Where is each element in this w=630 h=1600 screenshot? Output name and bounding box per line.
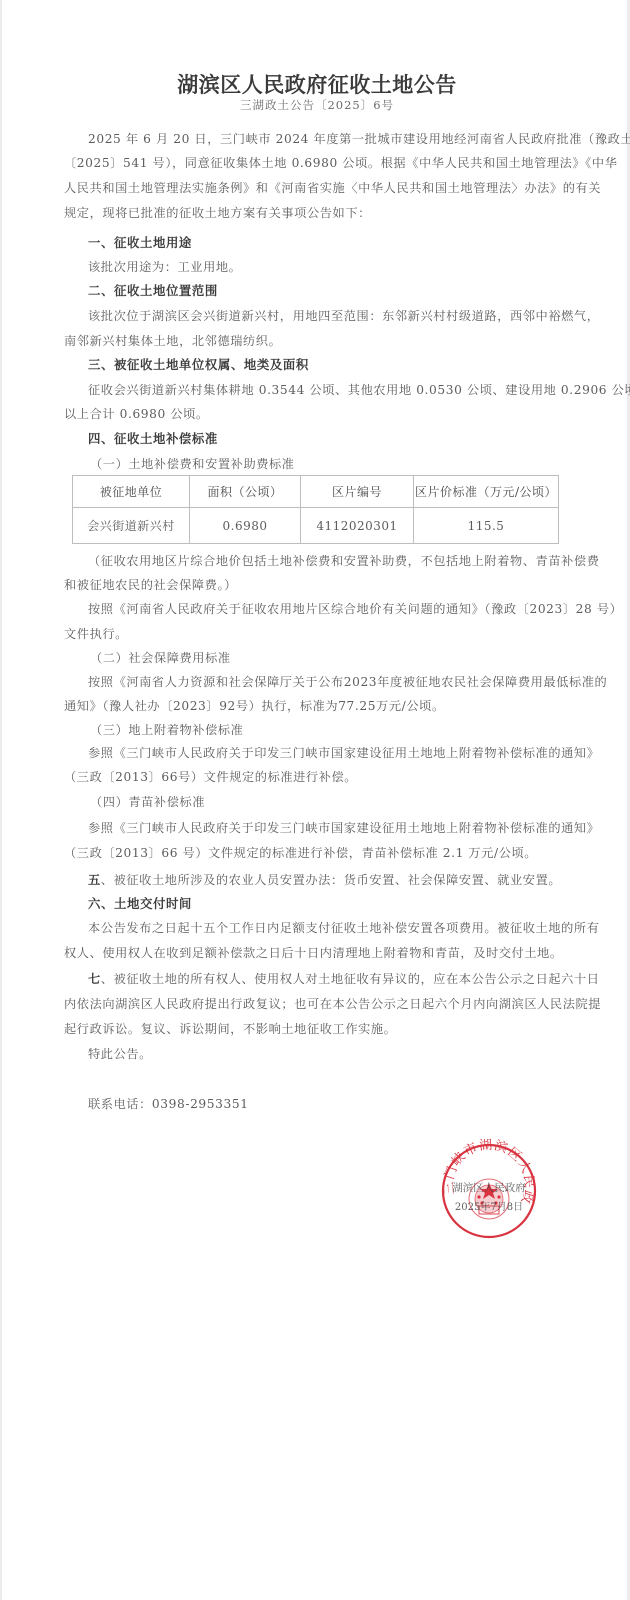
section-body: 以上合计 0.6980 公顷。 — [64, 406, 564, 422]
table-row: 会兴街道新兴村 0.6980 4112020301 115.5 — [73, 508, 559, 544]
section-body: 、被征收土地所涉及的农业人员安置办法：货币安置、社会保障安置、就业安置。 — [101, 873, 561, 887]
closing-text: 特此公告。 — [88, 1046, 588, 1062]
subsection-heading: （三）地上附着物补偿标准 — [90, 722, 590, 738]
basis-text: 按照《河南省人民政府关于征收农用地片区综合地价有关问题的通知》（豫政〔2023〕… — [88, 601, 588, 617]
section-body: 参照《三门峡市人民政府关于印发三门峡市国家建设征用土地地上附着物补偿标准的通知》 — [88, 745, 588, 761]
section-heading-usage: 一、征收土地用途 — [88, 235, 588, 251]
column-header: 区片价标准（万元/公顷） — [414, 476, 559, 508]
subsection-heading: （四）青苗补偿标准 — [90, 794, 590, 810]
section-heading-delivery: 六、土地交付时间 — [88, 896, 588, 912]
section-body: 该批次用途为：工业用地。 — [88, 259, 588, 275]
page-title: 湖滨区人民政府征收土地公告 — [2, 69, 630, 99]
column-header: 被征地单位 — [73, 476, 190, 508]
seal-issuer: 湖滨区人民政府 — [452, 1181, 526, 1194]
section-body: 权人、使用权人在收到足额补偿款之日后十日内清理地上附着物和青苗，及时交付土地。 — [64, 945, 564, 961]
section-body: （三政〔2013〕66号）文件规定的标准进行补偿。 — [64, 769, 564, 785]
table-cell: 115.5 — [414, 508, 559, 544]
section-number: 五 — [88, 873, 101, 887]
intro-line: 〔2025〕541 号），同意征收集体土地 0.6980 公顷。根据《中华人民共… — [64, 155, 564, 171]
section-heading-ownership: 三、被征收土地单位权属、地类及面积 — [88, 357, 588, 373]
column-header: 区片编号 — [301, 476, 414, 508]
section-heading-location: 二、征收土地位置范围 — [88, 283, 588, 299]
table-cell: 4112020301 — [301, 508, 414, 544]
section-body: 南邻新兴村集体土地，北邻德瑞纺织。 — [64, 333, 564, 349]
section-resettlement: 五、被征收土地所涉及的农业人员安置办法：货币安置、社会保障安置、就业安置。 — [88, 872, 588, 888]
contact-phone: 联系电话：0398-2953351 — [88, 1096, 588, 1112]
intro-line: 人民共和国土地管理法实施条例》和《河南省实施〈中华人民共和国土地管理法〉办法》的… — [64, 180, 564, 196]
basis-text: 文件执行。 — [64, 626, 564, 642]
intro-line: 规定，现将已批准的征收土地方案有关事项公告如下： — [64, 205, 564, 221]
official-seal-icon: 三门峡市湖滨区人民政府 湖滨区人民政府 2025年7月8日 — [439, 1139, 539, 1239]
document-number: 三湖政土公告〔2025〕6号 — [2, 97, 630, 113]
table-header-row: 被征地单位 面积（公顷） 区片编号 区片价标准（万元/公顷） — [73, 476, 559, 508]
section-number: 七 — [88, 972, 101, 986]
section-appeal: 七、被征收土地的所有权人、使用权人对土地征收有异议的，应在本公告公示之日起六十日 — [88, 971, 588, 987]
section-heading-compensation: 四、征收土地补偿标准 — [88, 431, 588, 447]
section-body: 通知》（豫人社办〔2023〕92号）执行，标准为77.25万元/公顷。 — [64, 698, 564, 714]
section-body: 本公告发布之日起十五个工作日内足额支付征收土地补偿安置各项费用。被征收土地的所有 — [88, 920, 588, 936]
seal-date: 2025年7月8日 — [455, 1200, 523, 1213]
table-note: （征收农用地区片综合地价包括土地补偿费和安置补助费，不包括地上附着物、青苗补偿费 — [88, 553, 588, 569]
section-body: 按照《河南省人力资源和社会保障厅关于公布2023年度被征地农民社会保障费用最低标… — [88, 674, 588, 690]
column-header: 面积（公顷） — [190, 476, 301, 508]
compensation-table: 被征地单位 面积（公顷） 区片编号 区片价标准（万元/公顷） 会兴街道新兴村 0… — [72, 475, 559, 544]
section-body: 该批次位于湖滨区会兴街道新兴村，用地四至范围：东邻新兴村村级道路，西邻中裕燃气， — [88, 308, 588, 324]
document-page: 湖滨区人民政府征收土地公告 三湖政土公告〔2025〕6号 2025 年 6 月 … — [0, 0, 630, 1600]
table-cell: 会兴街道新兴村 — [73, 508, 190, 544]
section-body: 征收会兴街道新兴村集体耕地 0.3544 公顷、其他农用地 0.0530 公顷、… — [88, 382, 588, 398]
table-cell: 0.6980 — [190, 508, 301, 544]
subsection-heading: （二）社会保障费用标准 — [90, 650, 590, 666]
subsection-heading: （一）土地补偿费和安置补助费标准 — [90, 456, 590, 472]
section-body: 参照《三门峡市人民政府关于印发三门峡市国家建设征用土地地上附着物补偿标准的通知》 — [88, 820, 588, 836]
table-note: 和被征地农民的社会保障费。） — [64, 577, 564, 593]
section-body: 、被征收土地的所有权人、使用权人对土地征收有异议的，应在本公告公示之日起六十日 — [101, 972, 600, 986]
section-body: （三政〔2013〕66 号）文件规定的标准进行补偿，青苗补偿标准 2.1 万元/… — [64, 845, 564, 861]
intro-line: 2025 年 6 月 20 日，三门峡市 2024 年度第一批城市建设用地经河南… — [88, 131, 588, 147]
section-body: 起行政诉讼。复议、诉讼期间，不影响土地征收工作实施。 — [64, 1021, 564, 1037]
section-body: 内依法向湖滨区人民政府提出行政复议；也可在本公告公示之日起六个月内向湖滨区人民法… — [64, 996, 564, 1012]
